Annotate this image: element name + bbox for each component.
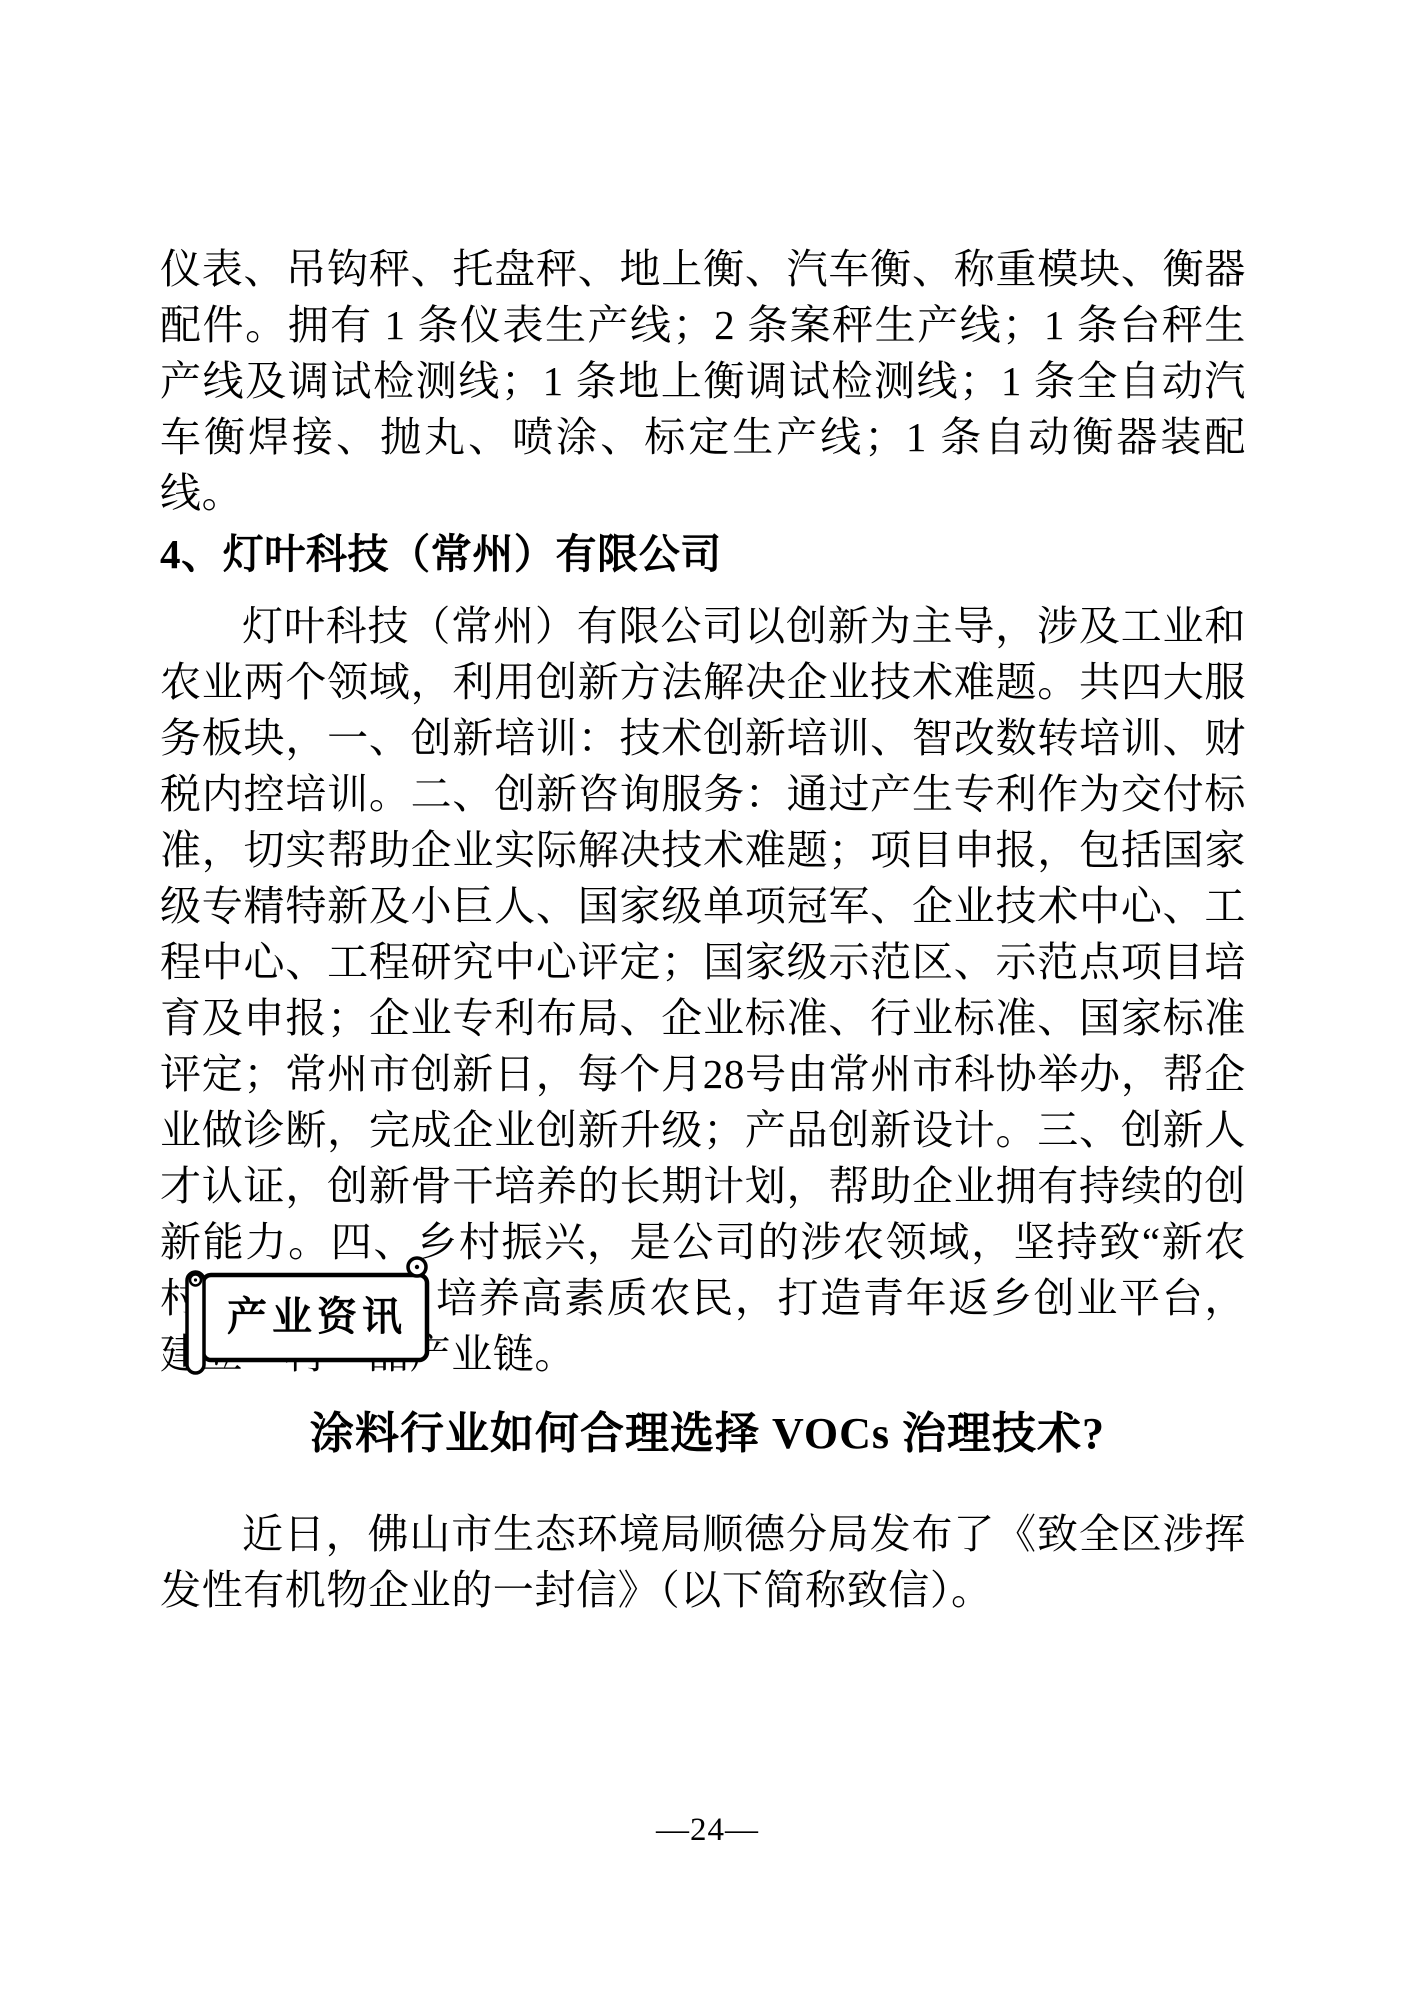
- page-number: —24—: [0, 1810, 1415, 1850]
- paragraph-weighing-products: 仪表、吊钩秤、托盘秤、地上衡、汽车衡、称重模块、衡器配件。拥有 1 条仪表生产线…: [160, 241, 1246, 521]
- body-text-column: 仪表、吊钩秤、托盘秤、地上衡、汽车衡、称重模块、衡器配件。拥有 1 条仪表生产线…: [160, 241, 1246, 1382]
- section-banner: 产业资讯: [180, 1254, 445, 1386]
- paragraph-article-intro: 近日，佛山市生态环境局顺德分局发布了《致全区涉挥发性有机物企业的一封信》（以下简…: [160, 1506, 1246, 1618]
- document-page: 仪表、吊钩秤、托盘秤、地上衡、汽车衡、称重模块、衡器配件。拥有 1 条仪表生产线…: [0, 0, 1415, 2000]
- article-title: 涂料行业如何合理选择 VOCs 治理技术?: [0, 1404, 1415, 1464]
- section-banner-label: 产业资讯: [210, 1288, 424, 1346]
- heading-company-4: 4、灯叶科技（常州）有限公司: [160, 526, 1246, 582]
